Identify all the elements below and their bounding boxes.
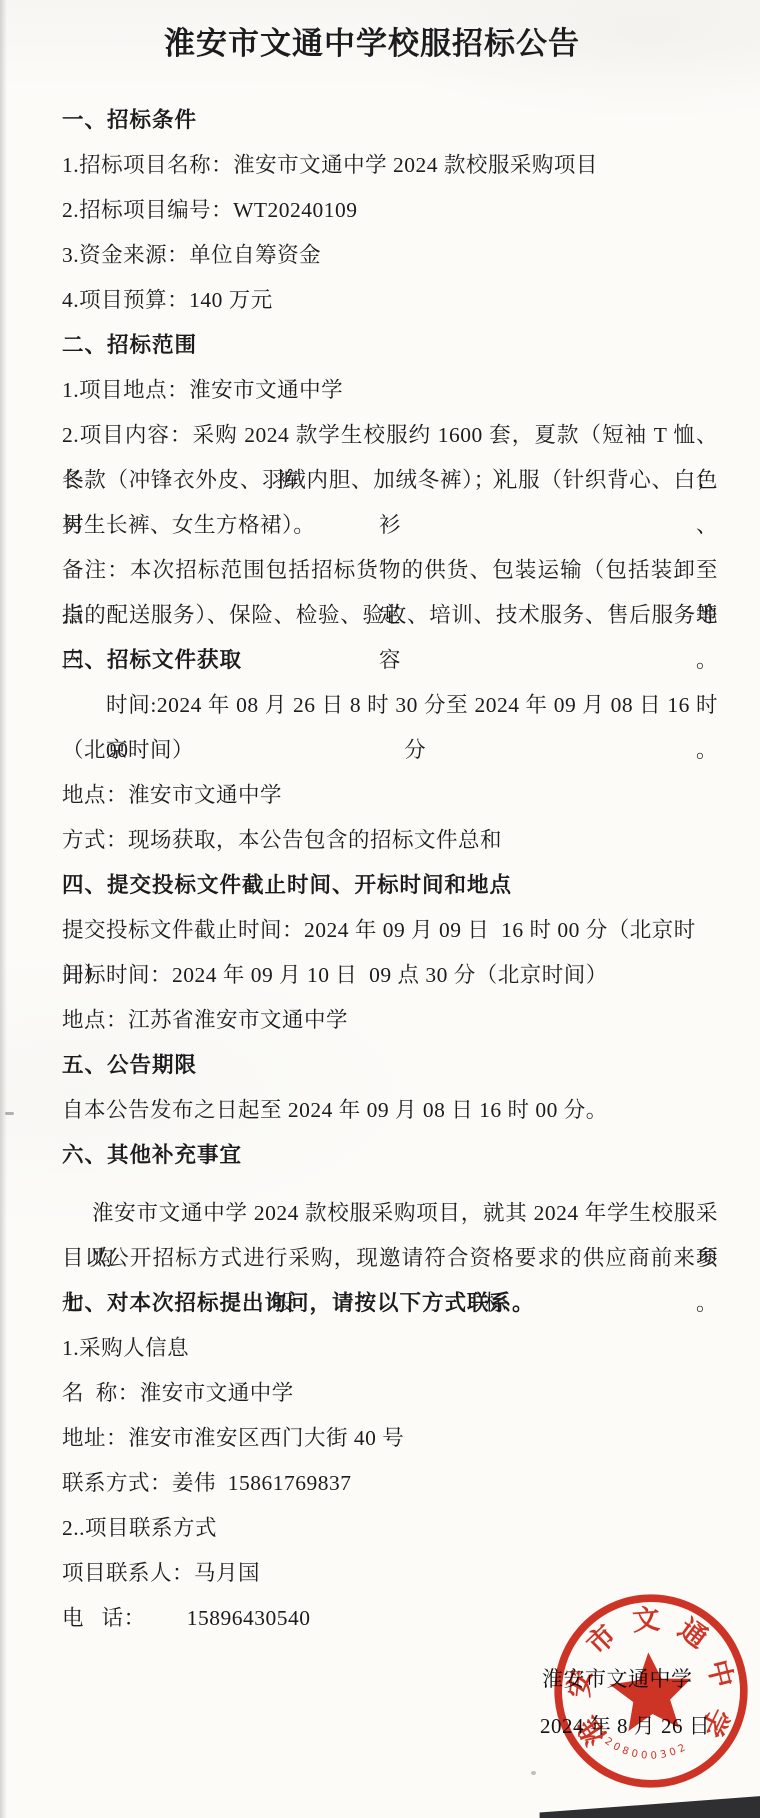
doc-line: 联系方式：姜伟 15861769837	[62, 1461, 718, 1506]
seal-ring-char: 中	[702, 1657, 739, 1691]
doc-line: 淮安市文通中学 2024 款校服采购项目，就其 2024 年学生校服采购项	[62, 1191, 718, 1236]
seal-ring-char: 文	[631, 1603, 661, 1636]
section-heading: 四、提交投标文件截止时间、开标时间和地点	[62, 863, 718, 908]
doc-line: 自本公告发布之日起至 2024 年 09 月 08 日 16 时 00 分。	[62, 1088, 718, 1133]
doc-line: 3.资金来源：单位自筹资金	[62, 233, 718, 278]
document-body: 一、招标条件1.招标项目名称：淮安市文通中学 2024 款校服采购项目2.招标项…	[0, 68, 760, 1641]
doc-line: 2..项目联系方式	[62, 1506, 718, 1551]
doc-line: 1.采购人信息	[62, 1326, 718, 1371]
scan-speck	[5, 1112, 14, 1115]
doc-line: 点的配送服务）、保险、检验、验收、培训、技术服务、售后服务等内容。	[62, 593, 718, 638]
seal-star-icon	[608, 1649, 695, 1732]
section-heading: 五、公告期限	[62, 1043, 718, 1088]
official-red-seal: 淮安市文通中学 3208000302	[542, 1582, 760, 1800]
section-heading: 一、招标条件	[62, 98, 718, 143]
doc-line: 目以公开招标方式进行采购，现邀请符合资格要求的供应商前来参加投标。	[62, 1236, 718, 1281]
scanned-bid-announcement-page: 淮安市文通中学校服招标公告 一、招标条件1.招标项目名称：淮安市文通中学 202…	[0, 0, 760, 1818]
doc-line: 地点：江苏省淮安市文通中学	[62, 998, 718, 1043]
doc-line: 4.项目预算：140 万元	[62, 278, 718, 323]
doc-line: 2.项目内容：采购 2024 款学生校服约 1600 套，夏款（短袖 T 恤、长…	[62, 413, 718, 458]
doc-line: 地点：淮安市文通中学	[62, 773, 718, 818]
doc-line: 2.招标项目编号：WT20240109	[62, 188, 718, 233]
seal-ring-char: 安	[563, 1668, 597, 1699]
scan-speck	[531, 1771, 536, 1775]
doc-line: 开标时间：2024 年 09 月 10 日 09 点 30 分（北京时间）	[62, 953, 718, 998]
doc-line: 备注：本次招标范围包括招标货物的供货、包装运输（包括装卸至指定地	[62, 548, 718, 593]
section-heading: 二、招标范围	[62, 323, 718, 368]
doc-line: 冬款（冲锋衣外皮、羽绒内胆、加绒冬裤）；礼服（针织背心、白色衬衫、	[62, 458, 718, 503]
doc-line: 地址：淮安市淮安区西门大街 40 号	[62, 1416, 718, 1461]
doc-line: 提交投标文件截止时间：2024 年 09 月 09 日 16 时 00 分（北京…	[62, 908, 718, 953]
section-heading: 六、其他补充事宜	[62, 1133, 718, 1178]
doc-line: 方式：现场获取，本公告包含的招标文件总和	[62, 818, 718, 863]
doc-line: 1.招标项目名称：淮安市文通中学 2024 款校服采购项目	[62, 143, 718, 188]
doc-line: 名 称：淮安市文通中学	[62, 1371, 718, 1416]
doc-line: 项目联系人：马月国	[62, 1551, 718, 1596]
doc-line: 1.项目地点：淮安市文通中学	[62, 368, 718, 413]
doc-line: 时间:2024 年 08 月 26 日 8 时 30 分至 2024 年 09 …	[62, 683, 718, 728]
page-title: 淮安市文通中学校服招标公告	[0, 0, 752, 68]
